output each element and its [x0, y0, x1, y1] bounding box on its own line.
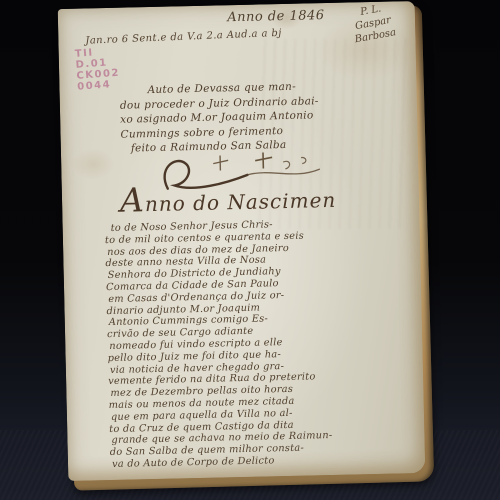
manuscript-page: TIID.01CK0020044 Anno de 1846 Jan.ro 6 S…: [58, 1, 426, 481]
header-name-note: P. L.GasparBarbosa: [331, 1, 415, 50]
header-docket-line: Jan.ro 6 Sent.e da V.a 2.a Aud.a a bj: [85, 26, 335, 47]
manuscript-scan: TIID.01CK0020044 Anno de 1846 Jan.ro 6 S…: [0, 0, 500, 500]
opening-paragraph: Auto de Devassa que man-dou proceder o J…: [119, 78, 359, 156]
body-heading: Anno do Nascimen: [120, 184, 411, 217]
archival-reference-stamp: TIID.01CK0020044: [74, 46, 121, 93]
body-text: to de Noso Senhor Jesus Chris-to de mil …: [105, 216, 419, 471]
archival-stamp-line: 0044: [77, 79, 121, 93]
